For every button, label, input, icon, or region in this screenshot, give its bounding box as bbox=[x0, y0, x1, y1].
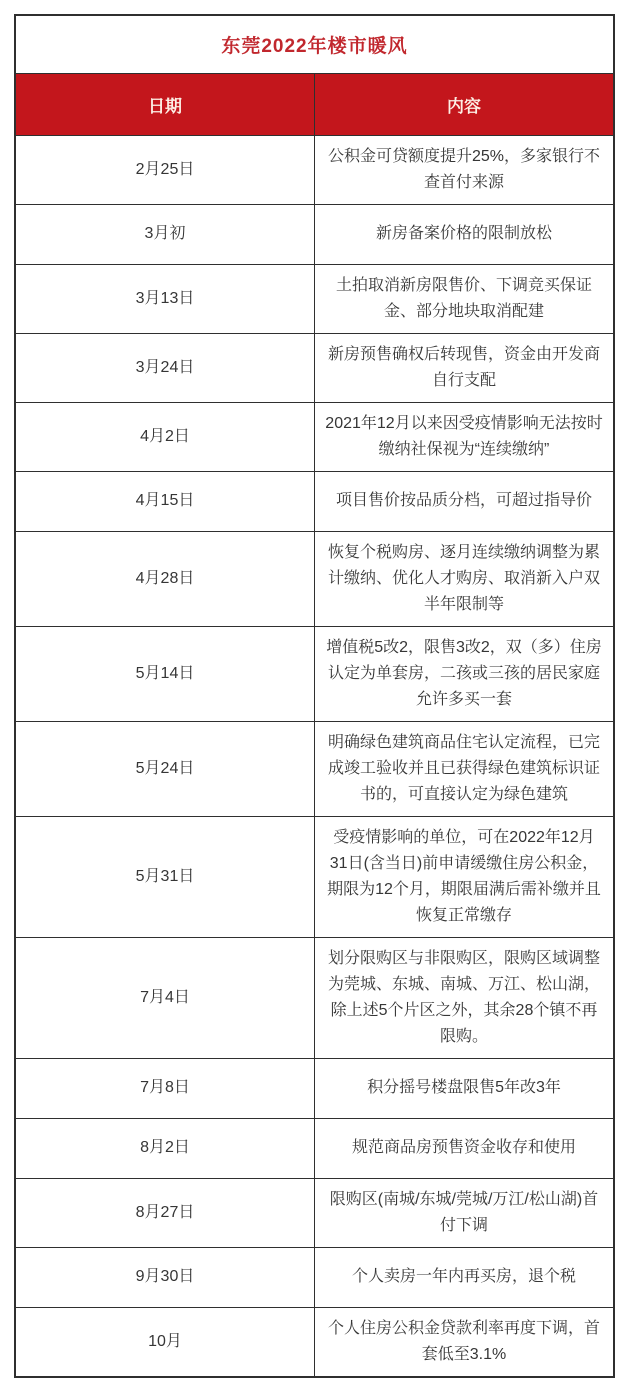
table-row: 9月30日 个人卖房一年内再买房，退个税 bbox=[15, 1247, 614, 1307]
table-body: 2月25日 公积金可贷额度提升25%，多家银行不查首付来源 3月初 新房备案价格… bbox=[15, 135, 614, 1377]
table-row: 8月27日 限购区(南城/东城/莞城/万江/松山湖)首付下调 bbox=[15, 1178, 614, 1247]
row-content: 划分限购区与非限购区，限购区域调整为莞城、东城、南城、万江、松山湖，除上述5个片… bbox=[315, 937, 615, 1058]
row-content: 公积金可贷额度提升25%，多家银行不查首付来源 bbox=[315, 135, 615, 204]
table-row: 5月31日 受疫情影响的单位，可在2022年12月31日(含当日)前申请缓缴住房… bbox=[15, 816, 614, 937]
row-date: 7月4日 bbox=[15, 937, 315, 1058]
table-row: 5月24日 明确绿色建筑商品住宅认定流程，已完成竣工验收并且已获得绿色建筑标识证… bbox=[15, 721, 614, 816]
table-row: 10月 个人住房公积金贷款利率再度下调，首套低至3.1% bbox=[15, 1307, 614, 1377]
row-date: 4月2日 bbox=[15, 402, 315, 471]
page: 东莞2022年楼市暖风 日期 内容 2月25日 公积金可贷额度提升25%，多家银… bbox=[0, 0, 629, 1392]
row-content: 增值税5改2，限售3改2，双（多）住房认定为单套房，二孩或三孩的居民家庭允许多买… bbox=[315, 626, 615, 721]
header-row: 日期 内容 bbox=[15, 73, 614, 135]
column-header-date: 日期 bbox=[15, 73, 315, 135]
row-date: 3月13日 bbox=[15, 264, 315, 333]
table-row: 4月15日 项目售价按品质分档，可超过指导价 bbox=[15, 471, 614, 531]
table-title: 东莞2022年楼市暖风 bbox=[15, 15, 614, 73]
table-row: 2月25日 公积金可贷额度提升25%，多家银行不查首付来源 bbox=[15, 135, 614, 204]
row-content: 恢复个税购房、逐月连续缴纳调整为累计缴纳、优化人才购房、取消新入户双半年限制等 bbox=[315, 531, 615, 626]
row-date: 8月27日 bbox=[15, 1178, 315, 1247]
table-row: 7月8日 积分摇号楼盘限售5年改3年 bbox=[15, 1058, 614, 1118]
table-head: 东莞2022年楼市暖风 日期 内容 bbox=[15, 15, 614, 135]
table-row: 8月2日 规范商品房预售资金收存和使用 bbox=[15, 1118, 614, 1178]
table-row: 3月24日 新房预售确权后转现售，资金由开发商自行支配 bbox=[15, 333, 614, 402]
table-row: 3月初 新房备案价格的限制放松 bbox=[15, 204, 614, 264]
table-row: 5月14日 增值税5改2，限售3改2，双（多）住房认定为单套房，二孩或三孩的居民… bbox=[15, 626, 614, 721]
row-date: 4月15日 bbox=[15, 471, 315, 531]
row-content: 明确绿色建筑商品住宅认定流程，已完成竣工验收并且已获得绿色建筑标识证书的，可直接… bbox=[315, 721, 615, 816]
row-date: 7月8日 bbox=[15, 1058, 315, 1118]
row-content: 限购区(南城/东城/莞城/万江/松山湖)首付下调 bbox=[315, 1178, 615, 1247]
row-date: 5月31日 bbox=[15, 816, 315, 937]
table-row: 4月28日 恢复个税购房、逐月连续缴纳调整为累计缴纳、优化人才购房、取消新入户双… bbox=[15, 531, 614, 626]
title-row: 东莞2022年楼市暖风 bbox=[15, 15, 614, 73]
row-content: 个人住房公积金贷款利率再度下调，首套低至3.1% bbox=[315, 1307, 615, 1377]
row-date: 10月 bbox=[15, 1307, 315, 1377]
row-content: 2021年12月以来因受疫情影响无法按时缴纳社保视为“连续缴纳” bbox=[315, 402, 615, 471]
row-content: 积分摇号楼盘限售5年改3年 bbox=[315, 1058, 615, 1118]
row-content: 个人卖房一年内再买房，退个税 bbox=[315, 1247, 615, 1307]
policy-table: 东莞2022年楼市暖风 日期 内容 2月25日 公积金可贷额度提升25%，多家银… bbox=[14, 14, 615, 1378]
table-row: 4月2日 2021年12月以来因受疫情影响无法按时缴纳社保视为“连续缴纳” bbox=[15, 402, 614, 471]
table-row: 3月13日 土拍取消新房限售价、下调竞买保证金、部分地块取消配建 bbox=[15, 264, 614, 333]
row-content: 土拍取消新房限售价、下调竞买保证金、部分地块取消配建 bbox=[315, 264, 615, 333]
row-content: 项目售价按品质分档，可超过指导价 bbox=[315, 471, 615, 531]
row-date: 8月2日 bbox=[15, 1118, 315, 1178]
row-date: 3月初 bbox=[15, 204, 315, 264]
row-date: 4月28日 bbox=[15, 531, 315, 626]
row-content: 新房预售确权后转现售，资金由开发商自行支配 bbox=[315, 333, 615, 402]
row-content: 规范商品房预售资金收存和使用 bbox=[315, 1118, 615, 1178]
table-row: 7月4日 划分限购区与非限购区，限购区域调整为莞城、东城、南城、万江、松山湖，除… bbox=[15, 937, 614, 1058]
row-date: 5月24日 bbox=[15, 721, 315, 816]
row-date: 5月14日 bbox=[15, 626, 315, 721]
row-date: 2月25日 bbox=[15, 135, 315, 204]
row-content: 新房备案价格的限制放松 bbox=[315, 204, 615, 264]
row-date: 3月24日 bbox=[15, 333, 315, 402]
row-content: 受疫情影响的单位，可在2022年12月31日(含当日)前申请缓缴住房公积金，期限… bbox=[315, 816, 615, 937]
row-date: 9月30日 bbox=[15, 1247, 315, 1307]
column-header-content: 内容 bbox=[315, 73, 615, 135]
